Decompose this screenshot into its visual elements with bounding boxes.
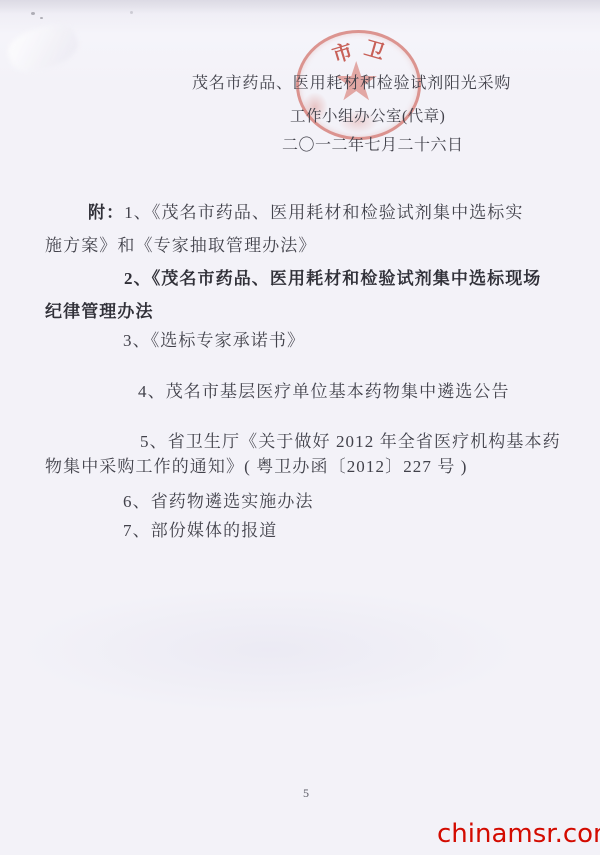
scan-speck (40, 17, 43, 19)
watermark: chinamsr.com (437, 819, 600, 849)
signature-org-line-2: 工作小组办公室(代章) (290, 104, 445, 126)
attachment-line: 7、部份媒体的报道 (123, 516, 277, 541)
attachment-line: 物集中采购工作的通知》( 粤卫办函〔2012〕227 号 ) (45, 452, 468, 477)
attachment-line: 附：1、《茂名市药品、医用耗材和检验试剂集中选标实 (88, 198, 524, 223)
scan-speck (130, 11, 133, 14)
signature-date-line: 二〇一二年七月二十六日 (282, 132, 464, 155)
attachment-line: 施方案》和《专家抽取管理办法》 (45, 231, 317, 256)
attachment-line: 3、《选标专家承诺书》 (123, 326, 305, 351)
attachment-line: 6、省药物遴选实施办法 (123, 487, 314, 512)
attachment-line: 纪律管理办法 (45, 297, 154, 322)
scanned-document-page: ★ 市 卫 茂名市药品、医用耗材和检验试剂阳光采购 工作小组办公室(代章) 二〇… (0, 0, 600, 855)
paper-crease (4, 18, 83, 78)
attachment-line-text: 1、《茂名市药品、医用耗材和检验试剂集中选标实 (124, 203, 523, 222)
paper-shading (0, 560, 600, 740)
signature-org-line-1: 茂名市药品、医用耗材和检验试剂阳光采购 (192, 70, 511, 93)
scan-shadow-top (0, 0, 600, 14)
attachment-line: 2、《茂名市药品、医用耗材和检验试剂集中选标现场 (124, 264, 541, 289)
page-number: 5 (296, 786, 316, 801)
attachment-line: 5、省卫生厅《关于做好 2012 年全省医疗机构基本药 (140, 427, 561, 452)
scan-speck (31, 12, 35, 15)
attachment-line: 4、茂名市基层医疗单位基本药物集中遴选公告 (138, 377, 510, 402)
attachments-label: 附： (88, 203, 124, 222)
